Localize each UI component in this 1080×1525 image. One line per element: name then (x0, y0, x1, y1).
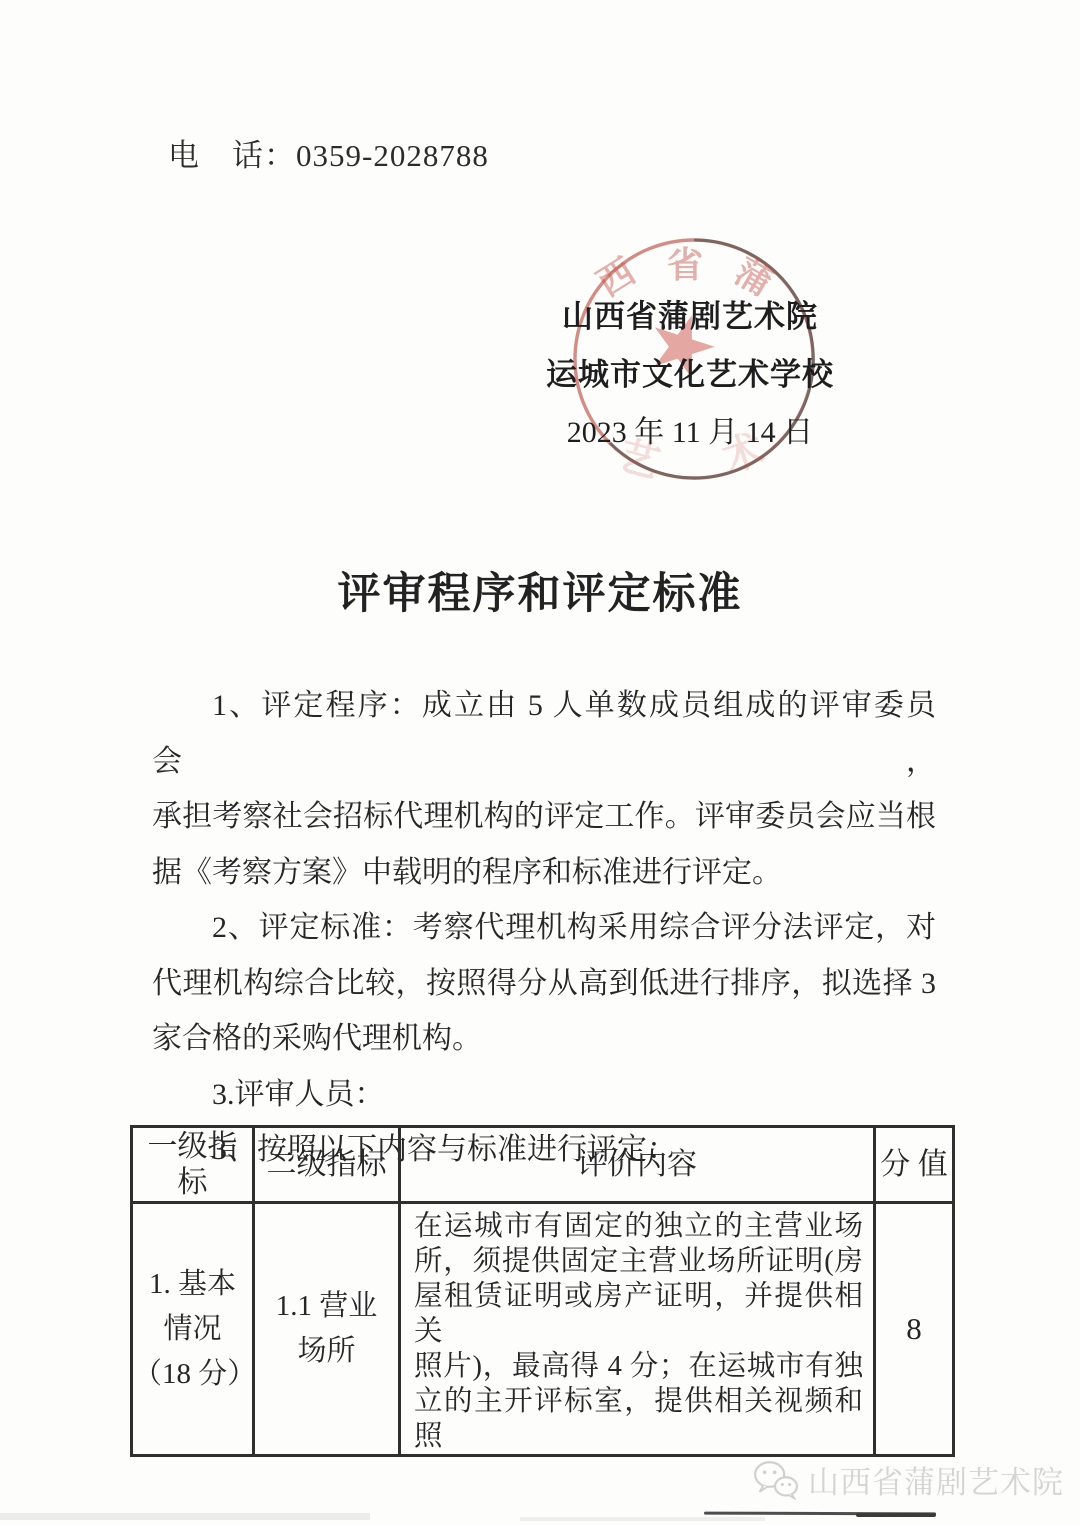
seal-arc-char: 省 (667, 237, 703, 288)
paragraph-line: 2、评定标准：考察代理机构采用综合评分法评定，对 (152, 900, 936, 956)
content-line: 屋租赁证明或房产证明，并提供相关 (414, 1279, 863, 1349)
content-line: 照片)，最高得 4 分；在运城市有独 (414, 1349, 863, 1384)
cell-level2-indicator: 1.1 营业 场所 (254, 1203, 400, 1456)
paragraph-line: 承担考察社会招标代理机构的评定工作。评审委员会应当根 (152, 789, 936, 845)
phone-line: 电 话：0359-2028788 (168, 130, 489, 175)
paragraph-line: 3.评审人员： (152, 1067, 936, 1123)
seal-org-line-2: 运城市文化艺术学校 (528, 346, 852, 404)
scan-artifact-line (0, 1513, 370, 1520)
wechat-icon (752, 1460, 800, 1500)
document-page: 电 话：0359-2028788 西 省 蒲 ★ 艺 术 山西省蒲剧艺术院 运城… (0, 0, 1080, 1525)
paragraph-line: 家合格的采购代理机构。 (152, 1011, 936, 1067)
seal-org-line-1: 山西省蒲剧艺术院 (528, 288, 852, 346)
scan-artifact-line (520, 1517, 765, 1521)
header-score: 分 值 (875, 1127, 954, 1203)
content-line: 立的主开评标室，提供相关视频和照 (414, 1384, 863, 1454)
evaluation-table: 一级指 标 二级指标 评价内容 分 值 1. 基本 情况 （18 分） 1.1 … (130, 1125, 955, 1457)
scan-artifact-line (856, 1513, 936, 1517)
header-evaluation-content: 评价内容 (400, 1127, 875, 1203)
cell-score: 8 (875, 1203, 954, 1456)
seal-date-line: 2023 年 11 月 14 日 (528, 404, 852, 462)
header-level1-indicator: 一级指 标 (132, 1127, 254, 1203)
content-line: 所，须提供固定主营业场所证明(房 (414, 1244, 863, 1279)
body-paragraphs: 1、评定程序：成立由 5 人单数成员组成的评审委员会， 承担考察社会招标代理机构… (152, 678, 936, 1178)
table-row: 1. 基本 情况 （18 分） 1.1 营业 场所 在运城市有固定的独立的主营业… (132, 1203, 954, 1456)
cell-level1-indicator: 1. 基本 情况 （18 分） (132, 1203, 254, 1456)
content-line: 在运城市有固定的独立的主营业场 (414, 1209, 863, 1244)
paragraph-line: 1、评定程序：成立由 5 人单数成员组成的评审委员会， (152, 678, 936, 789)
header-level2-indicator: 二级指标 (254, 1127, 400, 1203)
document-title: 评审程序和评定标准 (0, 560, 1080, 621)
seal-signature-block: 山西省蒲剧艺术院 运城市文化艺术学校 2023 年 11 月 14 日 (528, 288, 852, 462)
cell-evaluation-content: 在运城市有固定的独立的主营业场 所，须提供固定主营业场所证明(房 屋租赁证明或房… (400, 1203, 875, 1456)
table-header-row: 一级指 标 二级指标 评价内容 分 值 (132, 1127, 954, 1203)
paragraph-line: 据《考察方案》中载明的程序和标准进行评定。 (152, 845, 936, 901)
watermark: 山西省蒲剧艺术院 (752, 1457, 1064, 1502)
watermark-text: 山西省蒲剧艺术院 (808, 1457, 1064, 1502)
paragraph-line: 代理机构综合比较，按照得分从高到低进行排序，拟选择 3 (152, 956, 936, 1012)
